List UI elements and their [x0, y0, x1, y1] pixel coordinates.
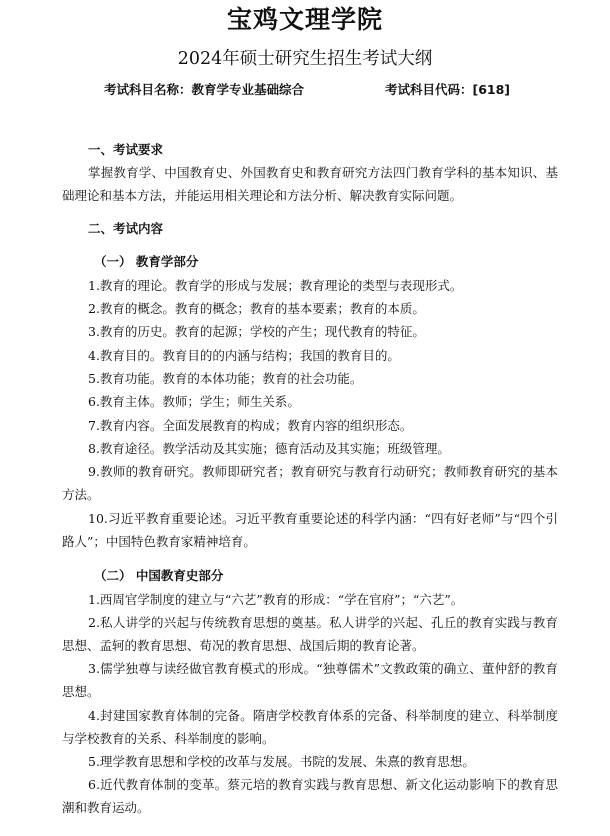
list-item: 4.教育目的。教育目的的内涵与结构；我国的教育目的。	[62, 344, 558, 367]
list-item: 1.西周官学制度的建立与“六艺”教育的形成：“学在官府”；“六艺”。	[62, 588, 558, 611]
list-item: 4.封建国家教育体制的完备。隋唐学校教育体系的完备、科举制度的建立、科举制度与学…	[62, 704, 558, 751]
requirements-paragraph: 掌握教育学、中国教育史、外国教育史和教育研究方法四门教育学科的基本知识、基础理论…	[62, 161, 558, 208]
list-item: 10.习近平教育重要论述。习近平教育重要论述的科学内涵：“四有好老师”与“四个引…	[62, 507, 558, 554]
institution-title: 宝鸡文理学院	[0, 4, 610, 36]
list-item: 2.私人讲学的兴起与传统教育思想的奠基。私人讲学的兴起、孔丘的教育实践与教育思想…	[62, 611, 558, 658]
list-item: 3.教育的历史。教育的起源；学校的产生；现代教育的特征。	[62, 320, 558, 343]
list-item: 7.教育内容。全面发展教育的构成；教育内容的组织形态。	[62, 414, 558, 437]
list-item: 6.近代教育体制的变革。蔡元培的教育实践与教育思想、新文化运动影响下的教育思潮和…	[62, 773, 558, 820]
list-item: 5.理学教育思想和学校的改革与发展。书院的发展、朱熹的教育思想。	[62, 750, 558, 773]
document-title: 2024年硕士研究生招生考试大纲	[0, 47, 610, 71]
subsection-heading-pedagogy: （一） 教育学部分	[94, 253, 198, 271]
subsection-heading-chinese-history: （二） 中国教育史部分	[94, 567, 223, 585]
list-item: 1.教育的理论。教育学的形成与发展；教育理论的类型与表现形式。	[62, 274, 558, 297]
section-heading-requirements: 一、考试要求	[88, 141, 163, 159]
list-item: 6.教育主体。教师；学生；师生关系。	[62, 390, 558, 413]
list-item: 2.教育的概念。教育的概念；教育的基本要素；教育的本质。	[62, 297, 558, 320]
section-heading-content: 二、考试内容	[88, 220, 163, 238]
subject-name: 考试科目名称：教育学专业基础综合	[104, 80, 304, 100]
list-item: 3.儒学独尊与读经做官教育模式的形成。“独尊儒术”文教政策的确立、董仲舒的教育思…	[62, 657, 558, 704]
subject-code: 考试科目代码：[618]	[385, 80, 510, 100]
list-item: 5.教育功能。教育的本体功能；教育的社会功能。	[62, 367, 558, 390]
list-item: 8.教育途径。教学活动及其实施；德育活动及其实施；班级管理。	[62, 437, 558, 460]
list-item: 9.教师的教育研究。教师即研究者；教育研究与教育行动研究；教师教育研究的基本方法…	[62, 460, 558, 507]
subject-meta: 考试科目名称：教育学专业基础综合 考试科目代码：[618]	[0, 80, 610, 100]
